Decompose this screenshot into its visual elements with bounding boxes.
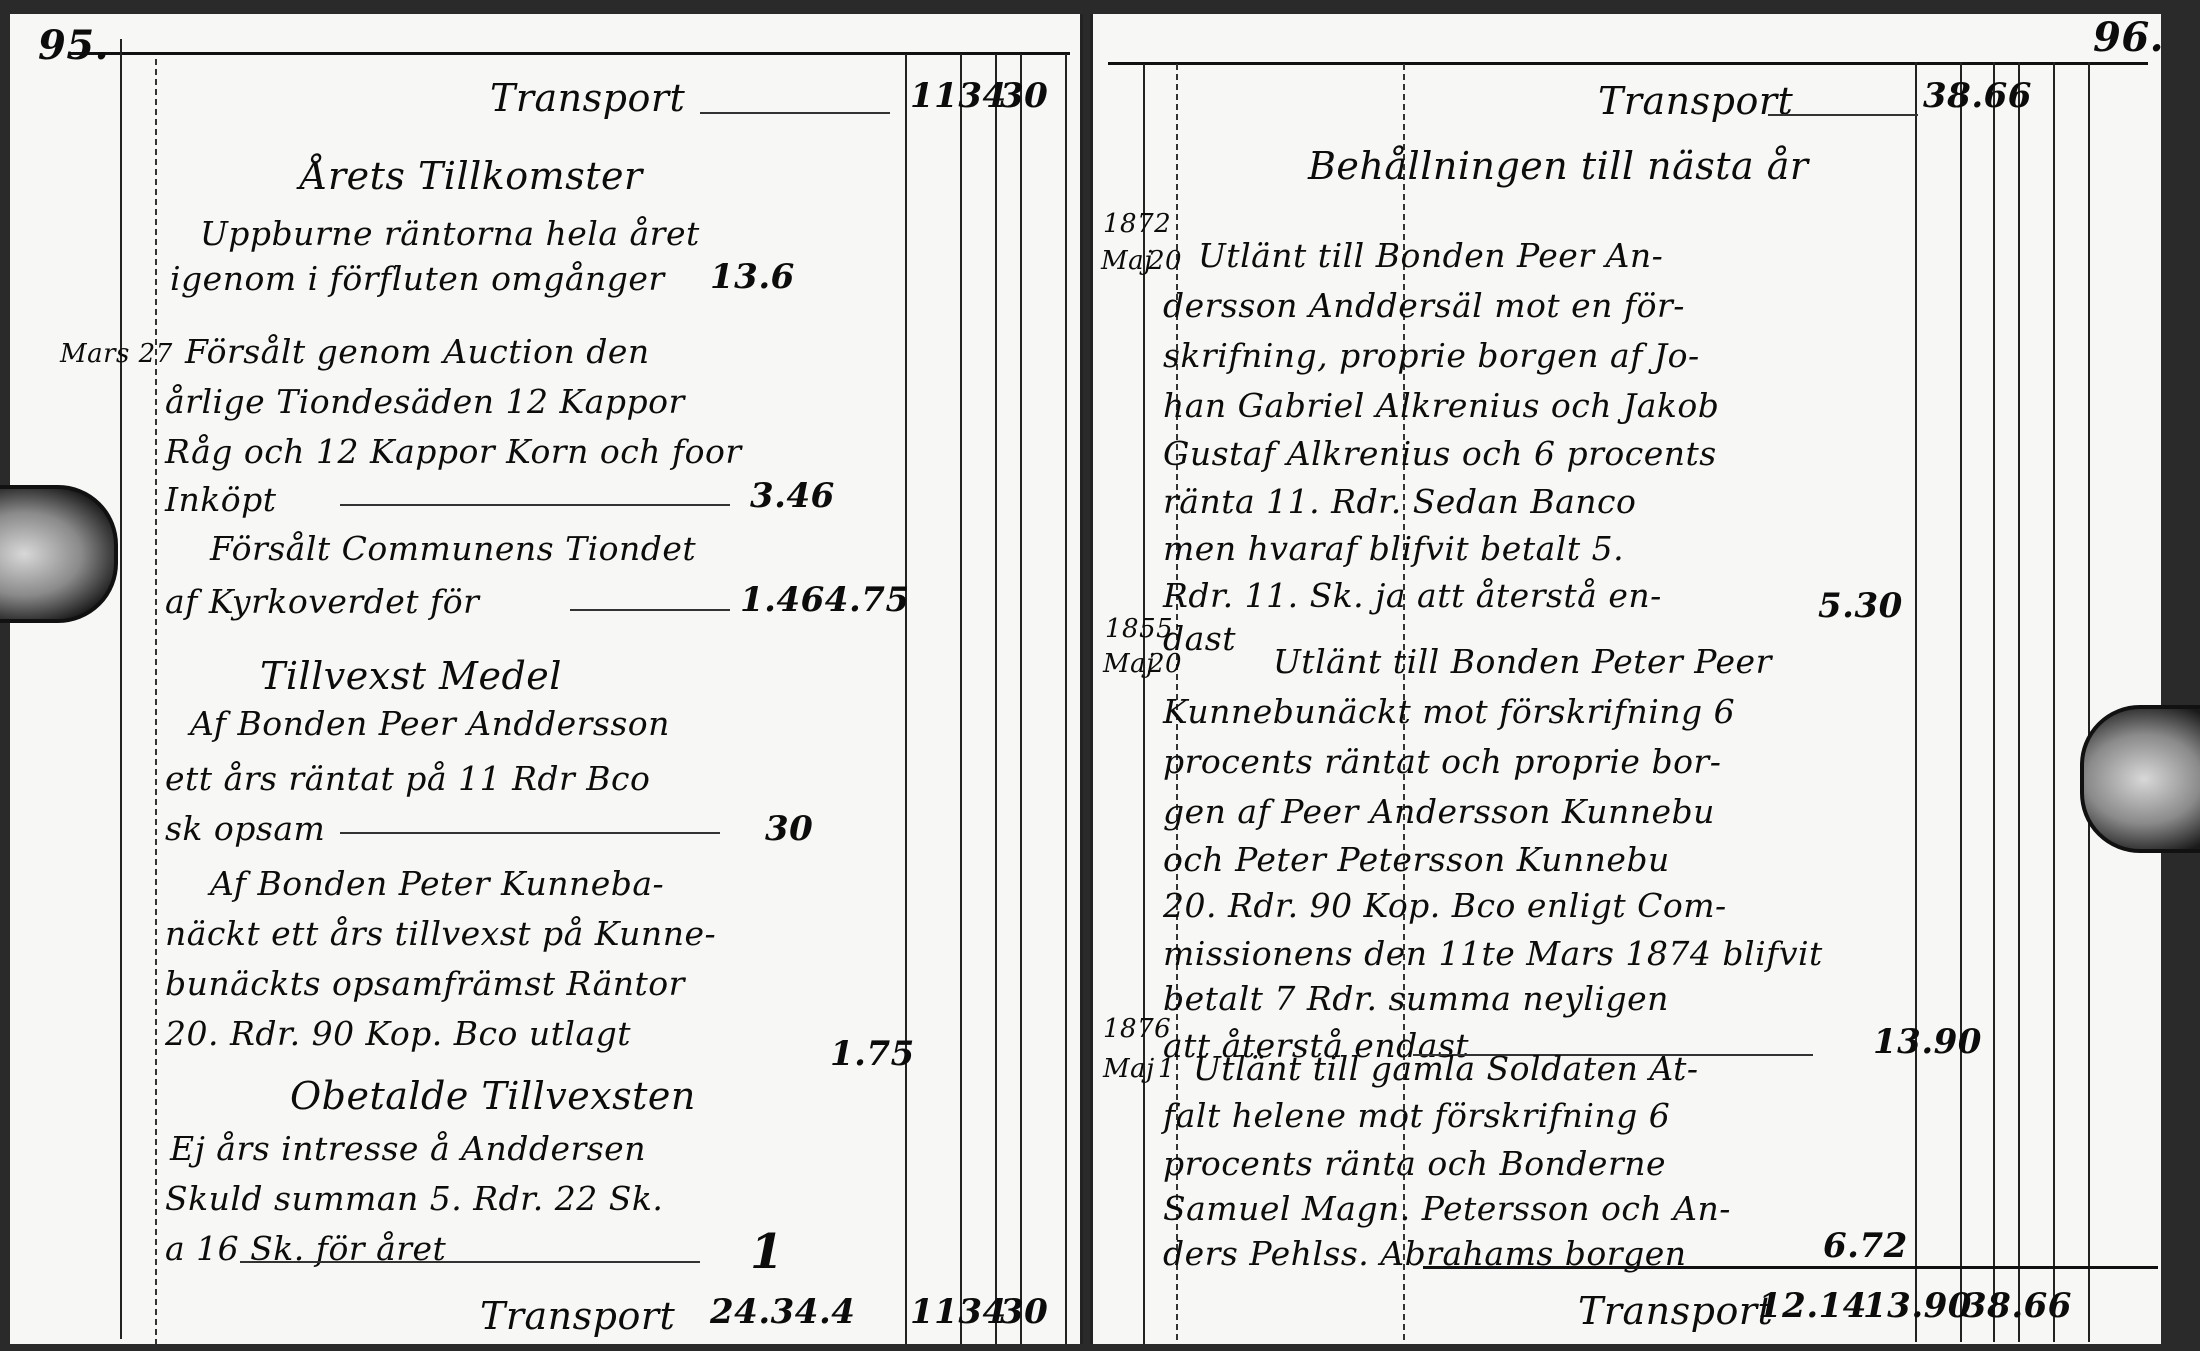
margin-line	[120, 39, 122, 1339]
transport-rule	[700, 112, 890, 114]
entry-line: men hvaraf blifvit betalt 5.	[1163, 529, 1624, 568]
amount-column-line	[1993, 62, 1995, 1342]
amount-column-line	[2053, 62, 2055, 1342]
entry-rule	[240, 1261, 700, 1263]
entry-month: Maj	[1103, 649, 1155, 679]
entry-line: han Gabriel Alkrenius och Jakob	[1163, 386, 1719, 425]
entry-line: och Peter Petersson Kunnebu	[1163, 840, 1670, 879]
ledger-spread: 95. Transport 1134 30 Årets Tillkomster …	[0, 0, 2200, 1351]
transport-label: Transport	[480, 1294, 675, 1338]
transport-label: Transport	[1578, 1289, 1773, 1333]
entry-amount: 13.90	[1873, 1022, 1982, 1062]
margin-line	[155, 59, 157, 1344]
amount-column-line	[995, 54, 997, 1344]
entry-line: Samuel Magn. Petersson och An-	[1163, 1189, 1731, 1228]
transport-rule	[1768, 114, 1918, 116]
entry-rule	[340, 504, 730, 506]
thumb-left	[0, 485, 118, 623]
page-number: 95.	[38, 22, 109, 69]
entry-line: Försålt genom Auction den	[185, 332, 650, 371]
entry-line: 20. Rdr. 90 Kop. Bco utlagt	[165, 1014, 631, 1053]
amount-column-line	[905, 54, 907, 1344]
transport-amount: 13.90	[1863, 1286, 1972, 1326]
entry-line: Råg och 12 Kappor Korn och foor	[165, 432, 742, 471]
entry-month: Maj	[1101, 246, 1153, 276]
entry-line: Ej års intresse å Anddersen	[170, 1129, 646, 1168]
entry-line: bunäckts opsamfrämst Räntor	[165, 964, 685, 1003]
entry-amount: 5.30	[1818, 586, 1903, 626]
section-heading: Tillvexst Medel	[260, 654, 562, 698]
header-rule	[1108, 62, 2148, 65]
entry-line: Gustaf Alkrenius och 6 procents	[1163, 434, 1717, 473]
entry-line: näckt ett års tillvexst på Kunne-	[165, 914, 716, 953]
entry-line: 20. Rdr. 90 Kop. Bco enligt Com-	[1163, 886, 1727, 925]
entry-amount: 1.464.75	[740, 580, 910, 620]
entry-amount: 3.46	[750, 476, 835, 516]
entry-amount: 13.6	[710, 257, 795, 297]
entry-line: Af Bonden Peter Kunneba-	[210, 864, 664, 903]
entry-month: Maj	[1103, 1054, 1155, 1084]
thumb-right	[2080, 705, 2200, 853]
section-heading: Behållningen till nästa år	[1308, 144, 1809, 188]
amount-column-line	[1065, 54, 1067, 1344]
section-heading: Obetalde Tillvexsten	[290, 1074, 696, 1118]
transport-label: Transport	[490, 76, 685, 120]
transport-amount: 38.66	[1923, 76, 2032, 116]
entry-year: 1876	[1103, 1014, 1171, 1044]
entry-year: 1872	[1103, 209, 1171, 239]
transport-amount: 1134	[910, 1292, 1007, 1332]
entry-line: Utlänt till gamla Soldaten At-	[1193, 1049, 1699, 1088]
transport-amount: 38.66	[1963, 1286, 2072, 1326]
entry-line: dersson Anddersäl mot en för-	[1163, 286, 1685, 325]
entry-line: sk opsam	[165, 809, 325, 848]
entry-day: 1	[1158, 1054, 1175, 1084]
left-page: 95. Transport 1134 30 Årets Tillkomster …	[10, 14, 1083, 1344]
entry-day: 20	[1148, 649, 1182, 679]
entry-line: Skuld summan 5. Rdr. 22 Sk.	[165, 1179, 663, 1218]
entry-line: procents räntat och proprie bor-	[1163, 742, 1721, 781]
amount-column-line	[960, 54, 962, 1344]
transport-label: Transport	[1598, 79, 1793, 123]
entry-line: Kunnebunäckt mot förskrifning 6	[1163, 692, 1735, 731]
section-heading: Årets Tillkomster	[300, 154, 643, 198]
entry-line: betalt 7 Rdr. summa neyligen	[1163, 979, 1669, 1018]
page-number: 96.	[2093, 14, 2161, 61]
entry-line: ränta 11. Rdr. Sedan Banco	[1163, 482, 1636, 521]
entry-line: skrifning, proprie borgen af Jo-	[1163, 336, 1700, 375]
transport-amount: 30	[1000, 1292, 1048, 1332]
header-rule	[70, 52, 1070, 55]
amount-column-line	[2088, 62, 2090, 1342]
entry-rule	[570, 609, 730, 611]
amount-column-line	[2018, 62, 2020, 1342]
entry-date: Mars 27	[60, 339, 173, 369]
amount-column-line	[1020, 54, 1022, 1344]
entry-amount: 1	[750, 1224, 784, 1280]
transport-amount: 1134	[910, 76, 1007, 116]
amount-column-line	[1960, 62, 1962, 1342]
entry-line: af Kyrkoverdet för	[165, 582, 479, 621]
entry-line: gen af Peer Andersson Kunnebu	[1163, 792, 1715, 831]
entry-line: Uppburne räntorna hela året	[200, 214, 700, 253]
entry-amount: 30	[765, 809, 813, 849]
entry-amount: 6.72	[1823, 1226, 1908, 1266]
entry-line: ett års räntat på 11 Rdr Bco	[165, 759, 650, 798]
transport-amount: 12.14	[1758, 1286, 1867, 1326]
entry-line: Inköpt	[165, 480, 277, 519]
entry-line: procents ränta och Bonderne	[1163, 1144, 1666, 1183]
transport-amount: 30	[1000, 76, 1048, 116]
right-page: 96. Transport 38.66 Behållningen till nä…	[1090, 14, 2161, 1344]
entry-amount: 1.75	[830, 1034, 915, 1074]
entry-line: Utlänt till Bonden Peer An-	[1198, 236, 1663, 275]
entry-line: igenom i förfluten omgånger	[170, 259, 665, 298]
entry-rule	[340, 832, 720, 834]
amount-column-line	[1915, 62, 1917, 1342]
entry-line: Försålt Communens Tiondet	[210, 529, 696, 568]
entry-line: falt helene mot förskrifning 6	[1163, 1096, 1670, 1135]
entry-line: Utlänt till Bonden Peter Peer	[1273, 642, 1772, 681]
entry-line: årlige Tiondesäden 12 Kappor	[165, 382, 685, 421]
entry-line: Rdr. 11. Sk. ja att återstå en-	[1163, 576, 1662, 615]
total-rule	[1423, 1266, 2158, 1269]
entry-line: Af Bonden Peer Anddersson	[190, 704, 670, 743]
entry-line: missionens den 11te Mars 1874 blifvit	[1163, 934, 1823, 973]
entry-day: 20	[1148, 246, 1182, 276]
entry-year: 1855	[1105, 614, 1173, 644]
transport-amount: 24.34.4	[710, 1292, 855, 1332]
